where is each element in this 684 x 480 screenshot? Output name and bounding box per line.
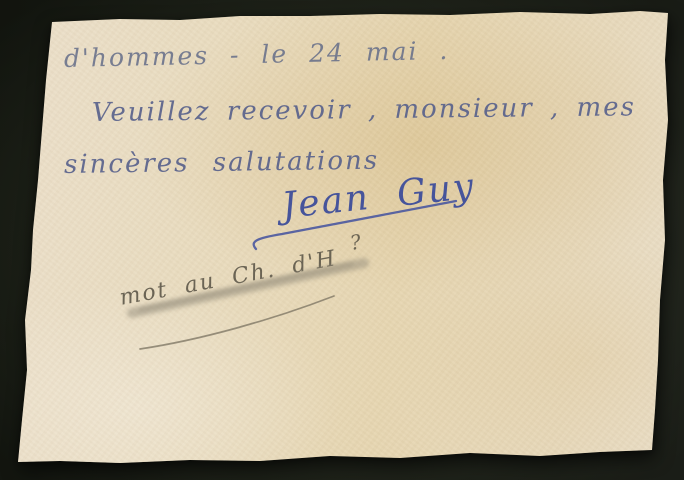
pencil-annotation: mot au Ch. d'H? [118,241,368,311]
pencil-annotation-question-mark: ? [348,229,365,255]
letter-line-closing-1: Veuillez recevoir , monsieur , mes [92,92,636,128]
pencil-underline [140,296,334,349]
pencil-annotation-text: mot au Ch. d'H [118,246,339,311]
letter-line-closing-2: sincères salutations [64,146,380,180]
paper-shadow-wrap: d'hommes - le 24 mai . Veuillez recevoir… [0,0,684,480]
letter-paper: d'hommes - le 24 mai . Veuillez recevoir… [0,0,684,480]
letter-line-date: d'hommes - le 24 mai . [64,36,450,73]
scanned-letter-photo: d'hommes - le 24 mai . Veuillez recevoir… [0,0,684,480]
